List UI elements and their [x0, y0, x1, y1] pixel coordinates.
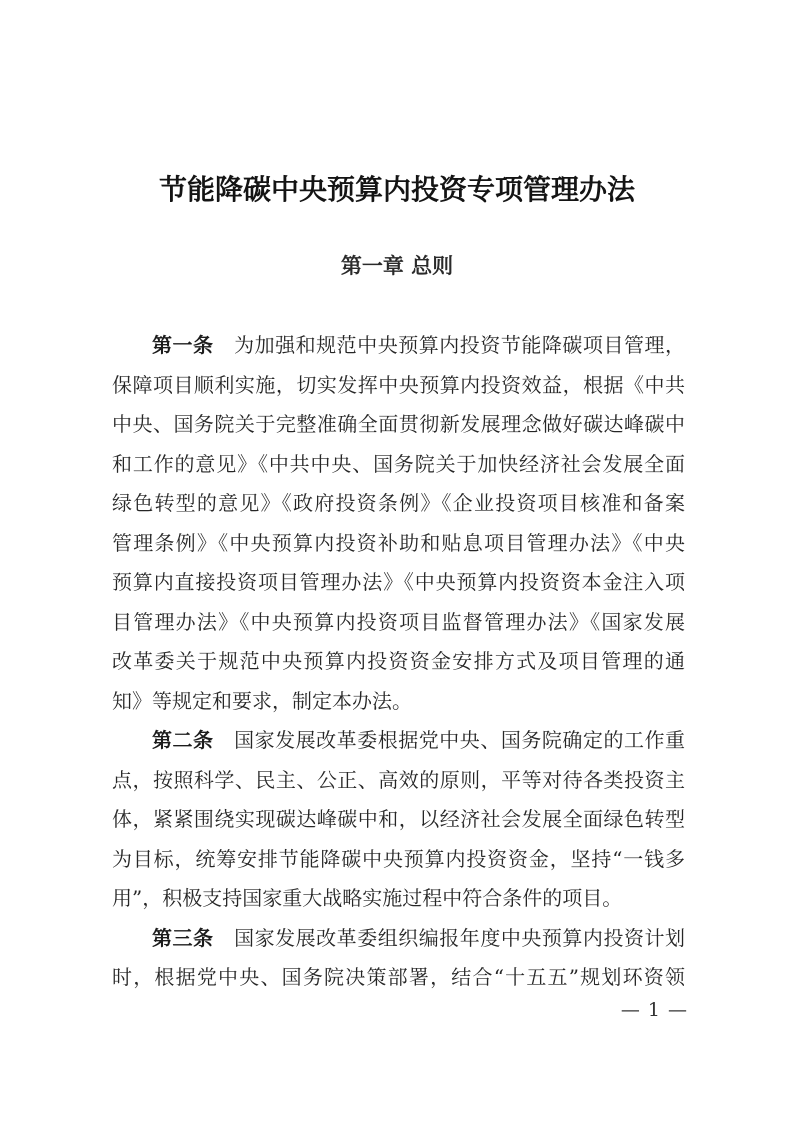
- body-line: 和工作的意见》《中共中央、国务院关于加快经济社会发展全面: [112, 445, 685, 485]
- body-line: 保障项目顺利实施，切实发挥中央预算内投资效益，根据《中共: [112, 366, 685, 406]
- body-line: 中央、国务院关于完整准确全面贯彻新发展理念做好碳达峰碳中: [112, 405, 685, 445]
- body-line: 目管理办法》《中央预算内投资项目监督管理办法》《国家发展: [112, 603, 685, 643]
- body-line: 管理条例》《中央预算内投资补助和贴息项目管理办法》《中央: [112, 524, 685, 564]
- body-line: 第一条 为加强和规范中央预算内投资节能降碳项目管理，: [112, 326, 685, 366]
- body-line: 用”，积极支持国家重大战略实施过程中符合条件的项目。: [112, 879, 685, 919]
- body-line: 点，按照科学、民主、公正、高效的原则，平等对待各类投资主: [112, 761, 685, 801]
- document-title: 节能降碳中央预算内投资专项管理办法: [0, 168, 794, 208]
- body-line: 时，根据党中央、国务院决策部署，结合“十五五”规划环资领: [112, 958, 685, 998]
- article-label: 第一条: [152, 333, 214, 357]
- document-page: 节能降碳中央预算内投资专项管理办法 第一章 总则 第一条 为加强和规范中央预算内…: [0, 0, 794, 1123]
- body-line: 第三条 国家发展改革委组织编报年度中央预算内投资计划: [112, 919, 685, 959]
- body-line: 知》等规定和要求，制定本办法。: [112, 682, 685, 722]
- page-number: — 1 —: [621, 999, 688, 1021]
- article-label: 第三条: [152, 926, 214, 950]
- document-body: 第一条 为加强和规范中央预算内投资节能降碳项目管理，保障项目顺利实施，切实发挥中…: [112, 326, 685, 998]
- body-line: 绿色转型的意见》《政府投资条例》《企业投资项目核准和备案: [112, 484, 685, 524]
- body-line: 第二条 国家发展改革委根据党中央、国务院确定的工作重: [112, 721, 685, 761]
- article-label: 第二条: [152, 728, 214, 752]
- chapter-heading: 第一章 总则: [0, 250, 794, 280]
- body-line: 预算内直接投资项目管理办法》《中央预算内投资资本金注入项: [112, 563, 685, 603]
- body-line: 为目标，统筹安排节能降碳中央预算内投资资金，坚持“一钱多: [112, 840, 685, 880]
- body-line: 体，紧紧围绕实现碳达峰碳中和，以经济社会发展全面绿色转型: [112, 800, 685, 840]
- body-line: 改革委关于规范中央预算内投资资金安排方式及项目管理的通: [112, 642, 685, 682]
